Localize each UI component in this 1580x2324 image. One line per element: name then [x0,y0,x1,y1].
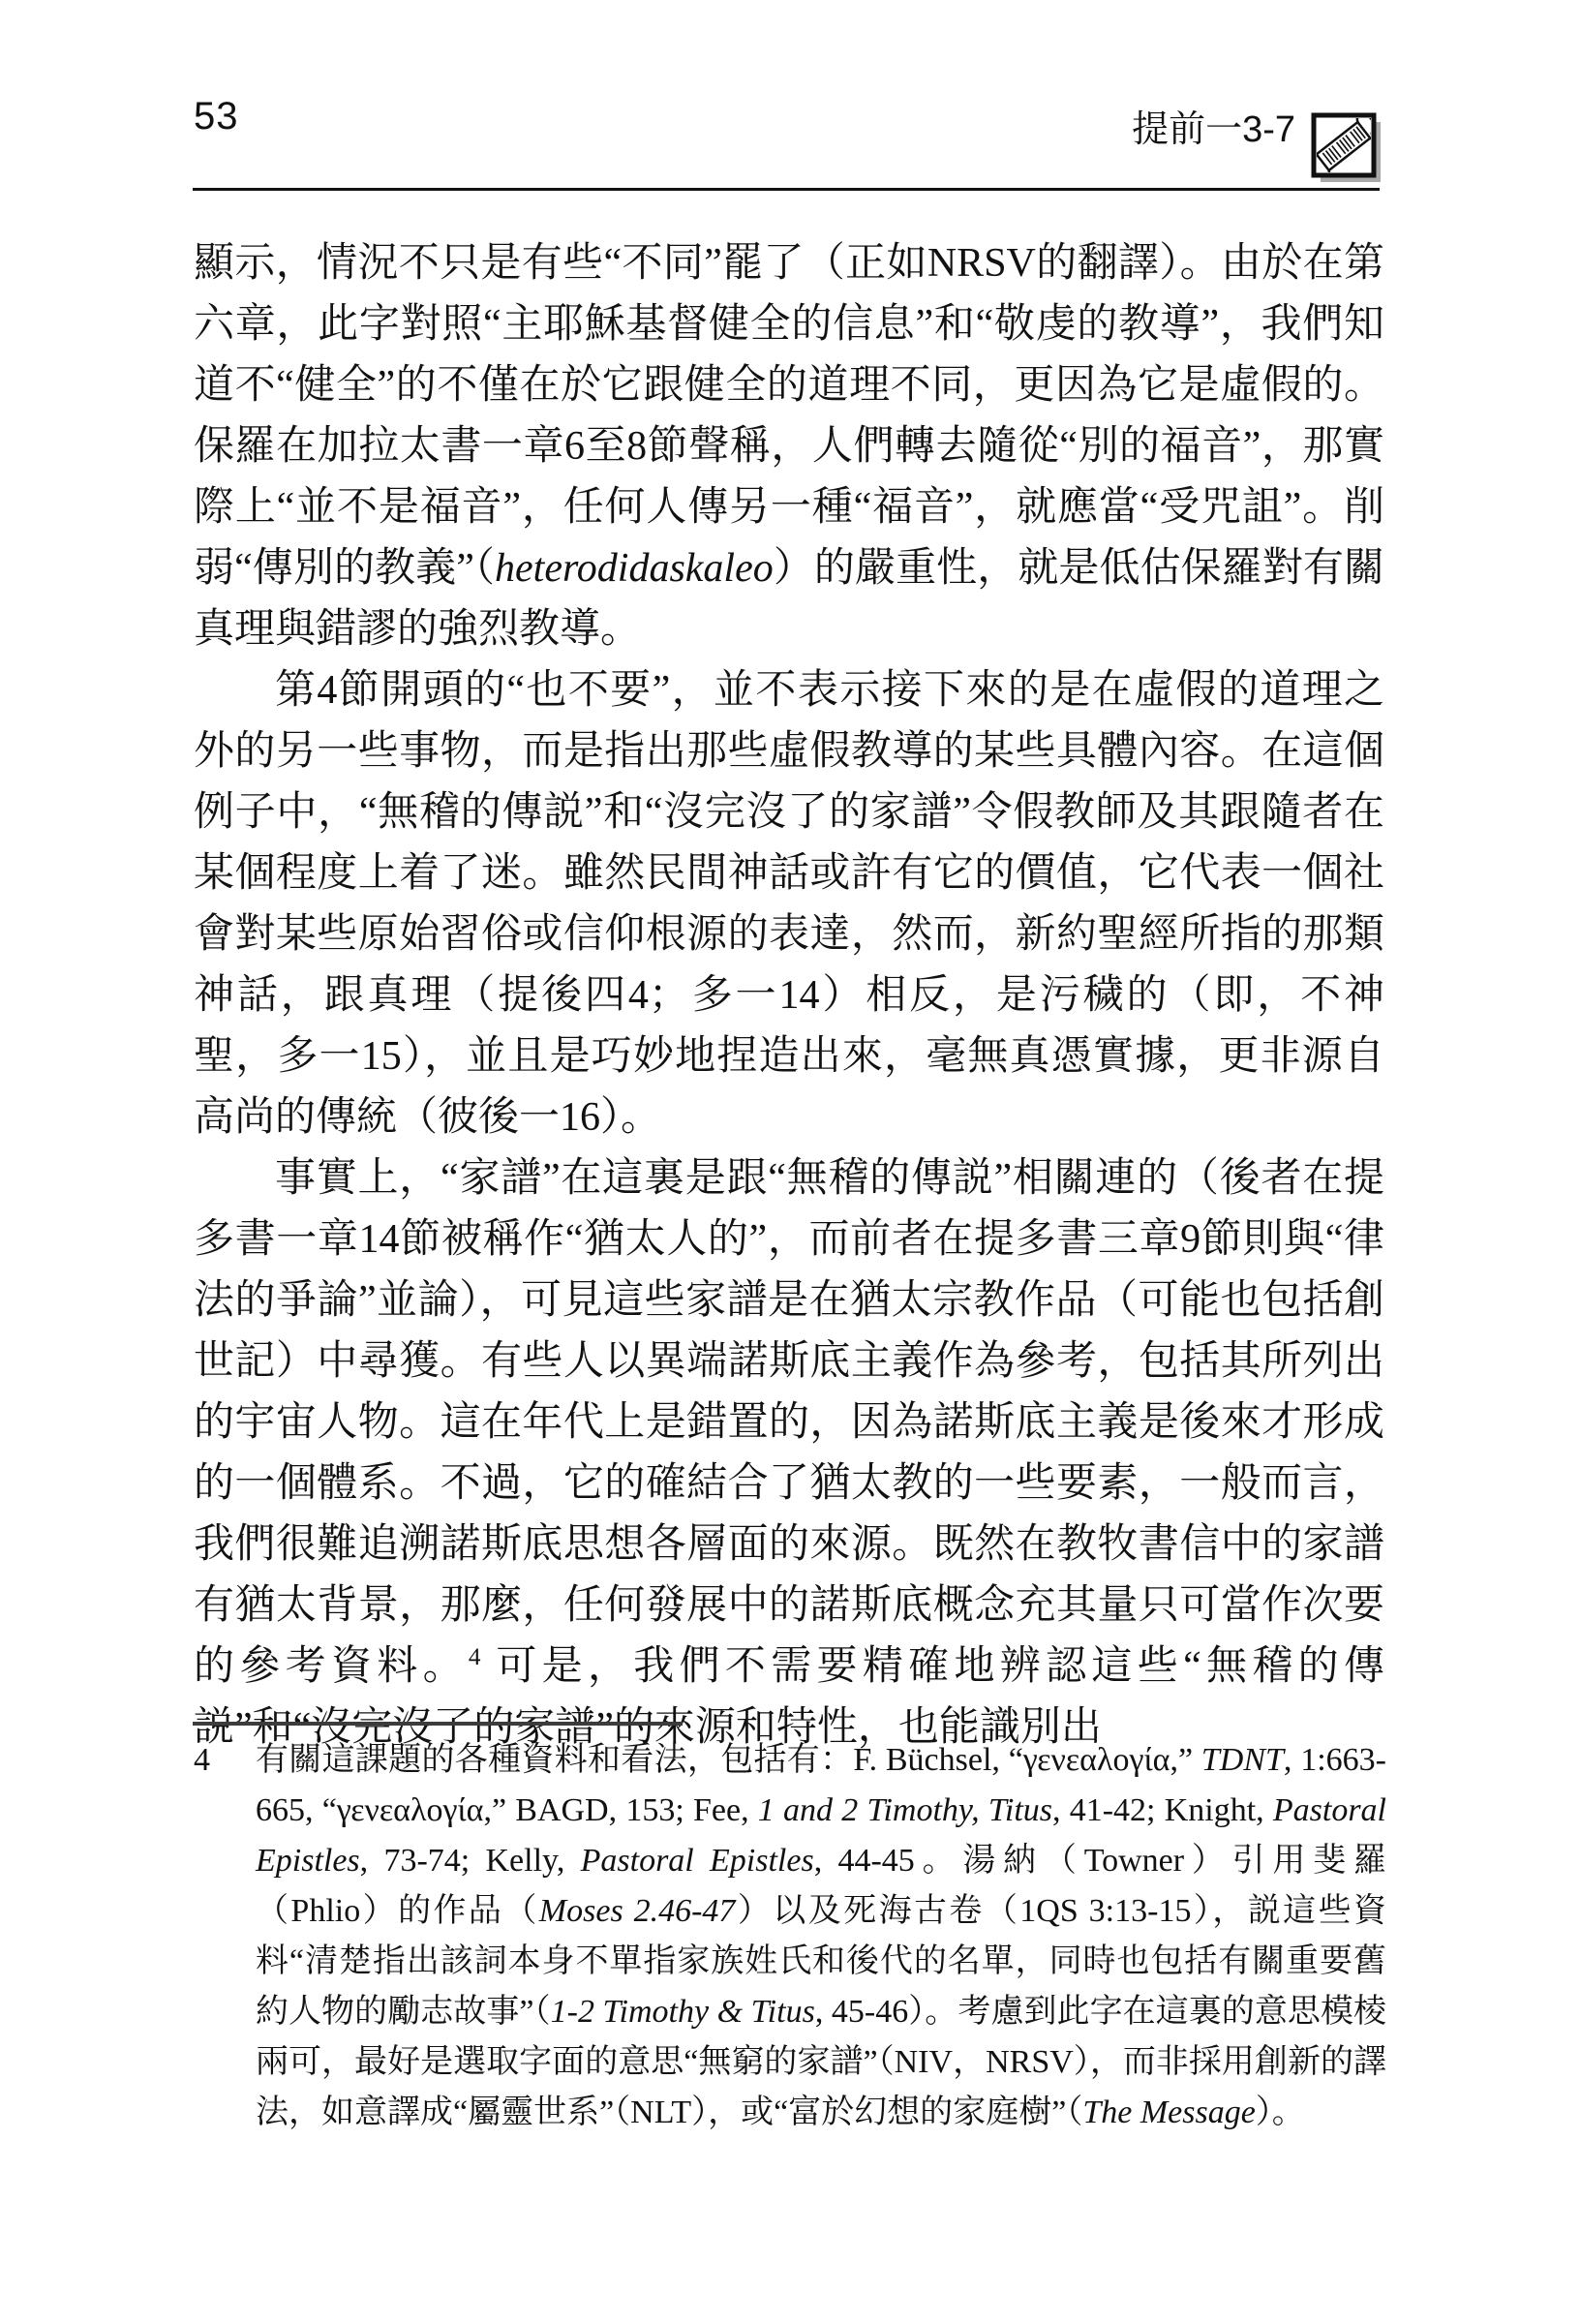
footnote: 4 有關這課題的各種資料和看法，包括有：F. Büchsel, “γενεαλο… [194,1735,1386,2138]
paragraph-2: 第4節開頭的“也不要”，並不表示接下來的是在虛假的道理之外的另一些事物，而是指出… [194,660,1384,1148]
commentary-text: 顯示，情況不只是有些“不同”罷了（正如NRSV的翻譯）。由於在第六章，此字對照“… [194,233,1384,1758]
page-number: 53 [194,95,239,138]
paragraph-1: 顯示，情況不只是有些“不同”罷了（正如NRSV的翻譯）。由於在第六章，此字對照“… [194,233,1384,660]
footnote-text: 有關這課題的各種資料和看法，包括有：F. Büchsel, “γενεαλογί… [256,1735,1386,2138]
paragraph-3: 事實上，“家譜”在這裏是跟“無稽的傳説”相關連的（後者在提多書一章14節被稱作“… [194,1148,1384,1758]
scroll-icon [1309,110,1384,188]
footnote-number: 4 [194,1735,256,2138]
chapter-reference: 提前一3-7 [1132,99,1295,152]
footnote-divider [193,1722,683,1726]
book-page: 53 提前一3-7 [0,0,1580,2324]
header-divider [193,188,1380,191]
